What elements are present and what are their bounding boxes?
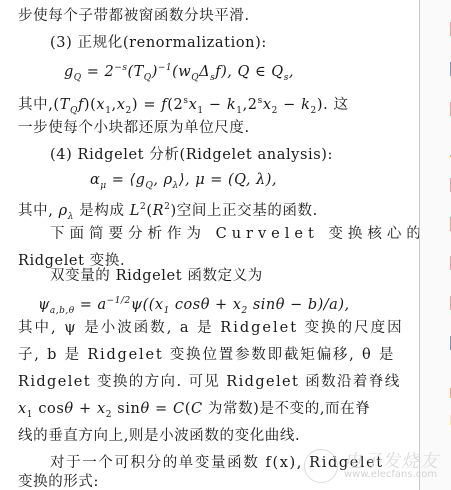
formula-text: αμ = ⟨gQ, ρλ⟩, μ = (Q, λ),	[90, 172, 277, 188]
watermark: 电子发烧友 www.elecfans.com	[300, 445, 440, 485]
paragraph-line: Ridgelet 变换的方向. 可见 Ridgelet 函数沿着脊线	[18, 372, 401, 392]
line-text: 步使每个子带都被窗函数分块平滑.	[18, 8, 250, 24]
paragraph-line: 其中,(TQf)(x1,x2) = f(2sx1 − k1,2sx2 − k2)…	[18, 91, 349, 121]
formula-text: gQ = 2−s(TQ)−1(wQΔsf), Q ∈ Qs,	[64, 64, 294, 80]
paragraph-line: x1 cosθ + x2 sinθ = C(C 为常数)是不变的,而在脊	[18, 399, 370, 425]
line-text: 双变量的 Ridgelet 函数定义为	[50, 268, 263, 284]
line-text: 一步使每个小块都还原为单位尺度.	[18, 120, 250, 136]
paragraph-line: 其中, ρλ 是构成 L2(R2)空间上正交基的函数.	[18, 197, 318, 227]
formula-renormalization: gQ = 2−s(TQ)−1(wQΔsf), Q ∈ Qs,	[64, 58, 294, 88]
line-text: 下面简要分析作为 Curvelet 变换核心的	[50, 226, 426, 242]
formula-ridgelet-coeff: αμ = ⟨gQ, ρλ⟩, μ = (Q, λ),	[90, 170, 277, 196]
paragraph-line: 子, b 是 Ridgelet 变换位置参数即截矩偏移, θ 是	[18, 345, 395, 365]
paragraph-line: 变换的形式:	[18, 472, 99, 490]
margin-annotation-strip	[420, 0, 451, 490]
paragraph-line: 步使每个子带都被窗函数分块平滑.	[18, 6, 250, 26]
heading-text: (3) 正规化(renormalization):	[50, 35, 267, 51]
formula-ridgelet-function: ψa,b,θ = a−1/2ψ((x1 cosθ + x2 sinθ − b)/…	[38, 291, 350, 321]
paragraph-line: 其中, ψ 是小波函数, a 是 Ridgelet 变换的尺度因	[18, 318, 404, 338]
section-heading-renormalization: (3) 正规化(renormalization):	[50, 33, 267, 53]
line-text: 其中, ρλ 是构成 L2(R2)空间上正交基的函数.	[18, 203, 318, 219]
line-text: 线的垂直方向上,则是小波函数的变化曲线.	[18, 428, 300, 444]
line-text: Ridgelet 变换的方向. 可见 Ridgelet 函数沿着脊线	[18, 374, 401, 390]
paragraph-line: 一步使每个小块都还原为单位尺度.	[18, 118, 250, 138]
paragraph-line: 双变量的 Ridgelet 函数定义为	[50, 266, 263, 286]
line-text: 变换的形式:	[18, 474, 99, 490]
line-text: 其中,(TQf)(x1,x2) = f(2sx1 − k1,2sx2 − k2)…	[18, 97, 349, 113]
watermark-url: www.elecfans.com	[344, 469, 437, 480]
heading-text: (4) Ridgelet 分析(Ridgelet analysis):	[50, 147, 333, 163]
line-text: 其中, ψ 是小波函数, a 是 Ridgelet 变换的尺度因	[18, 320, 404, 336]
formula-text: ψa,b,θ = a−1/2ψ((x1 cosθ + x2 sinθ − b)/…	[38, 297, 350, 313]
document-page: 步使每个子带都被窗函数分块平滑. (3) 正规化(renormalization…	[0, 0, 419, 490]
paragraph-line: 线的垂直方向上,则是小波函数的变化曲线.	[18, 426, 300, 446]
watermark-logo-icon	[304, 449, 338, 483]
section-heading-ridgelet-analysis: (4) Ridgelet 分析(Ridgelet analysis):	[50, 145, 333, 165]
paragraph-line: 下面简要分析作为 Curvelet 变换核心的	[50, 224, 426, 244]
line-text: 子, b 是 Ridgelet 变换位置参数即截矩偏移, θ 是	[18, 347, 395, 363]
line-text: x1 cosθ + x2 sinθ = C(C 为常数)是不变的,而在脊	[18, 401, 370, 417]
